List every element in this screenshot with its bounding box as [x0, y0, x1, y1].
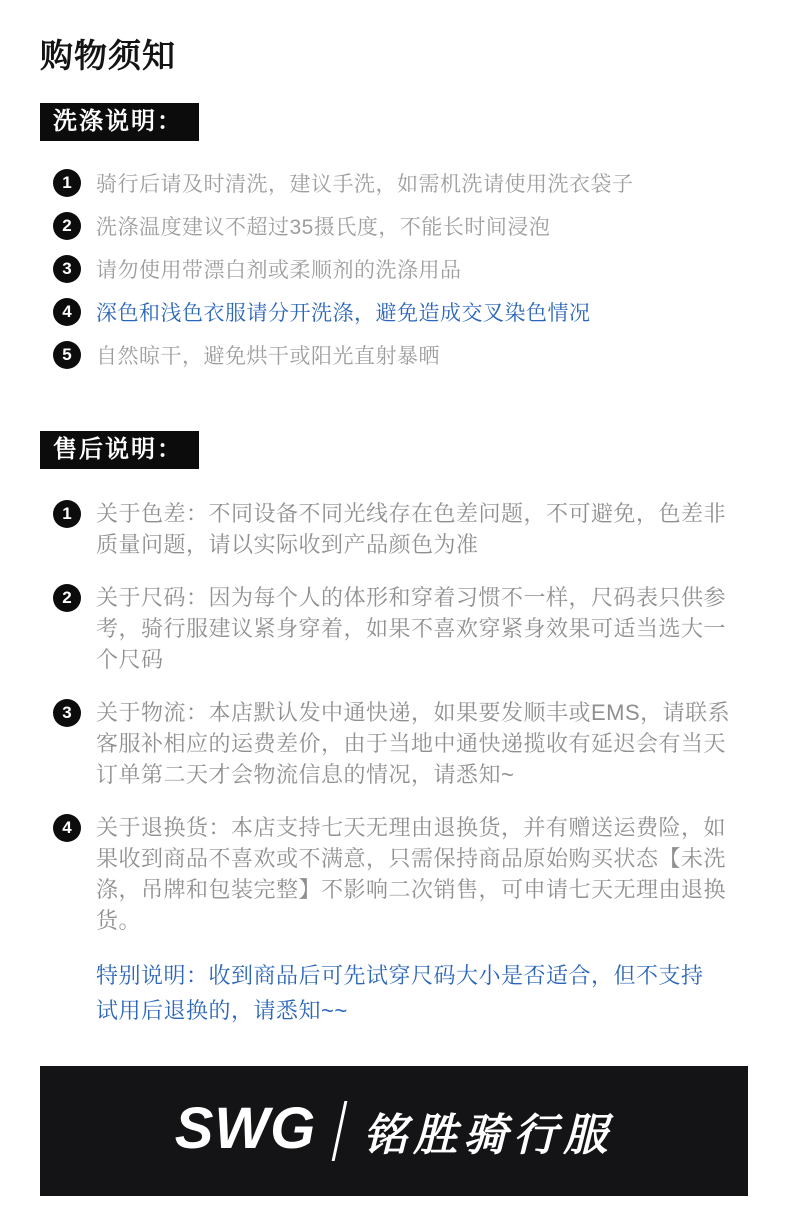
aftersale-item: 4 关于退换货：本店支持七天无理由退换货，并有赠送运费险，如果收到商品不喜欢或不…: [40, 812, 740, 936]
item-number-badge: 2: [53, 584, 81, 612]
brand-logo-en: SWG: [175, 1095, 317, 1168]
brand-banner: SWG 铭胜骑行服: [40, 1066, 748, 1196]
washing-item-text: 请勿使用带漂白剂或柔顺剂的洗涤用品: [96, 254, 462, 284]
washing-item-highlighted: 4 深色和浅色衣服请分开洗涤，避免造成交叉染色情况: [40, 290, 740, 333]
item-number-badge: 3: [53, 699, 81, 727]
aftersale-item-text: 关于色差：不同设备不同光线存在色差问题，不可避免，色差非质量问题，请以实际收到产…: [96, 498, 740, 560]
washing-item-text: 自然晾干，避免烘干或阳光直射暴晒: [96, 340, 440, 370]
logo-divider: [332, 1101, 348, 1161]
aftersale-section-label: 售后说明：: [40, 431, 199, 469]
brand-logo-cn: 铭胜骑行服: [363, 1099, 613, 1163]
item-number-badge: 1: [53, 500, 81, 528]
washing-list: 1 骑行后请及时清洗，建议手洗，如需机洗请使用洗衣袋子 2 洗涤温度建议不超过3…: [40, 161, 740, 376]
washing-item: 5 自然晾干，避免烘干或阳光直射暴晒: [40, 333, 740, 376]
item-number-badge: 2: [53, 212, 81, 240]
item-number-badge: 1: [53, 169, 81, 197]
washing-section-label: 洗涤说明：: [40, 103, 199, 141]
washing-item-text: 骑行后请及时清洗，建议手洗，如需机洗请使用洗衣袋子: [96, 168, 634, 198]
item-number-badge: 4: [53, 298, 81, 326]
aftersale-item: 2 关于尺码：因为每个人的体形和穿着习惯不一样，尺码表只供参考，骑行服建议紧身穿…: [40, 582, 740, 675]
item-number-badge: 4: [53, 814, 81, 842]
page-title: 购物须知: [40, 0, 740, 77]
washing-item-text: 深色和浅色衣服请分开洗涤，避免造成交叉染色情况: [96, 297, 591, 327]
item-number-badge: 3: [53, 255, 81, 283]
aftersale-item: 1 关于色差：不同设备不同光线存在色差问题，不可避免，色差非质量问题，请以实际收…: [40, 498, 740, 560]
aftersale-item-text: 关于物流：本店默认发中通快递，如果要发顺丰或EMS，请联系客服补相应的运费差价，…: [96, 697, 740, 790]
washing-item: 3 请勿使用带漂白剂或柔顺剂的洗涤用品: [40, 247, 740, 290]
item-number-badge: 5: [53, 341, 81, 369]
special-note: 特别说明：收到商品后可先试穿尺码大小是否适合，但不支持试用后退换的，请悉知~~: [96, 958, 716, 1028]
aftersale-item: 3 关于物流：本店默认发中通快递，如果要发顺丰或EMS，请联系客服补相应的运费差…: [40, 697, 740, 790]
aftersale-list: 1 关于色差：不同设备不同光线存在色差问题，不可避免，色差非质量问题，请以实际收…: [40, 498, 740, 936]
washing-item-text: 洗涤温度建议不超过35摄氏度，不能长时间浸泡: [96, 211, 550, 241]
washing-item: 1 骑行后请及时清洗，建议手洗，如需机洗请使用洗衣袋子: [40, 161, 740, 204]
washing-item: 2 洗涤温度建议不超过35摄氏度，不能长时间浸泡: [40, 204, 740, 247]
aftersale-item-text: 关于尺码：因为每个人的体形和穿着习惯不一样，尺码表只供参考，骑行服建议紧身穿着，…: [96, 582, 740, 675]
notice-content: 购物须知 洗涤说明： 1 骑行后请及时清洗，建议手洗，如需机洗请使用洗衣袋子 2…: [0, 0, 790, 1028]
aftersale-item-text: 关于退换货：本店支持七天无理由退换货，并有赠送运费险，如果收到商品不喜欢或不满意…: [96, 812, 740, 936]
shopping-notice-page: 购物须知 洗涤说明： 1 骑行后请及时清洗，建议手洗，如需机洗请使用洗衣袋子 2…: [0, 0, 790, 1229]
